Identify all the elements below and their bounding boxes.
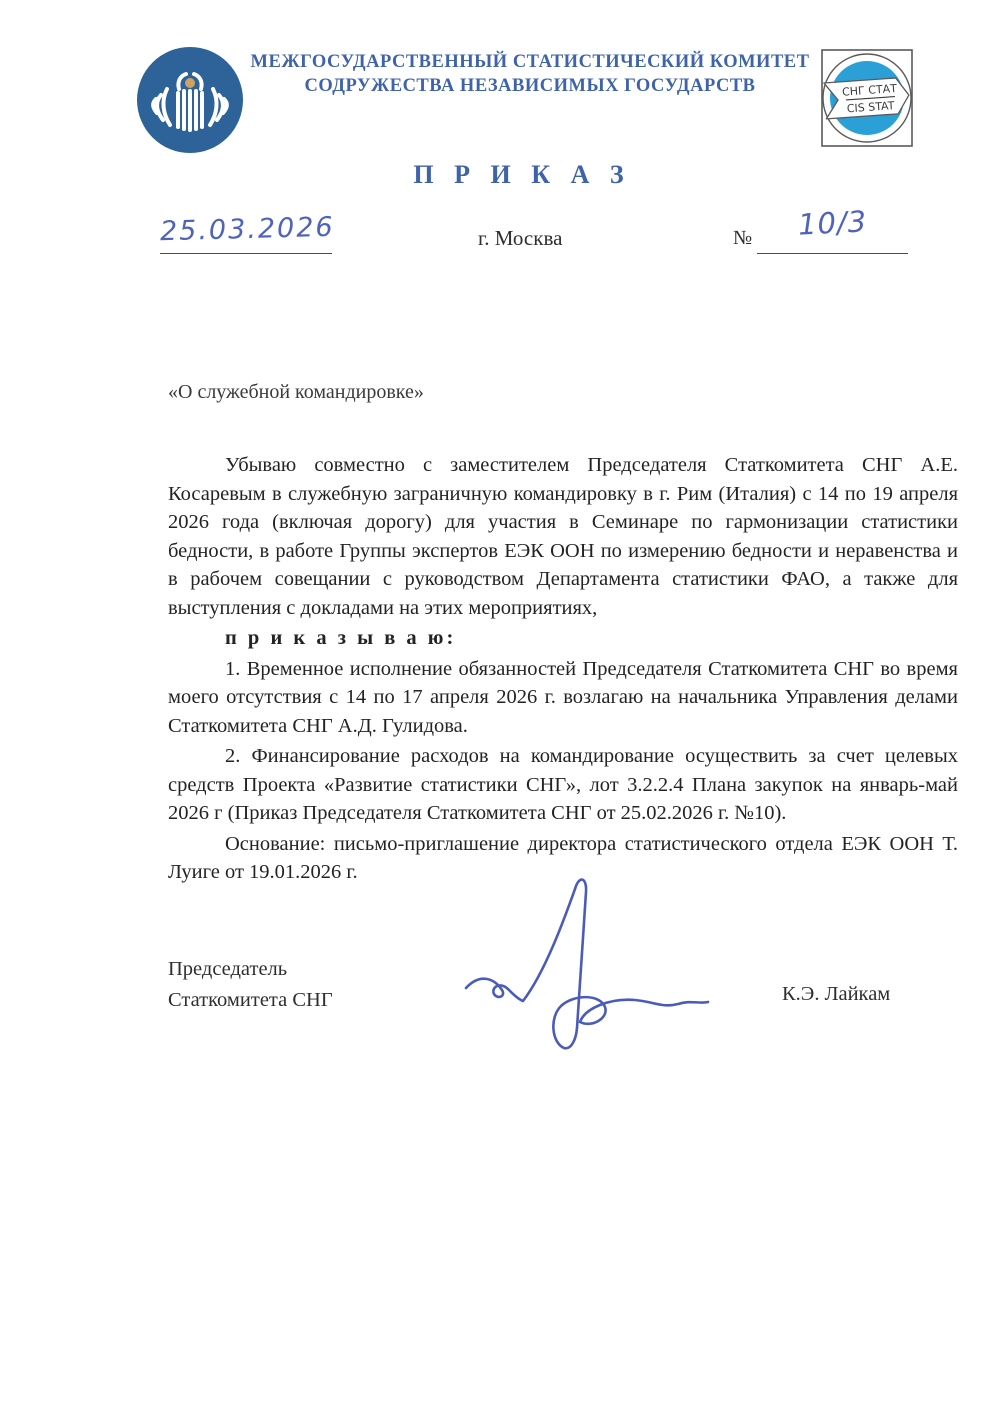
date-field: 25.03.2026 (160, 214, 332, 254)
order-document-page: МЕЖГОСУДАРСТВЕННЫЙ СТАТИСТИЧЕСКИЙ КОМИТЕ… (0, 0, 1000, 1415)
number-sign: № (733, 227, 752, 250)
signer-position: Председатель Статкомитета СНГ (168, 954, 333, 1016)
signature-icon (430, 868, 720, 1068)
subject-line: «О служебной командировке» (168, 381, 424, 404)
org-name: МЕЖГОСУДАРСТВЕННЫЙ СТАТИСТИЧЕСКИЙ КОМИТЕ… (250, 50, 810, 98)
org-name-line1: МЕЖГОСУДАРСТВЕННЫЙ СТАТИСТИЧЕСКИЙ КОМИТЕ… (250, 50, 810, 74)
cis-emblem-icon (137, 47, 243, 153)
handwritten-date: 25.03.2026 (160, 212, 335, 248)
city-label: г. Москва (478, 226, 562, 251)
order-item-2: 2. Финансирование расходов на командиров… (168, 742, 958, 828)
org-name-line2: СОДРУЖЕСТВА НЕЗАВИСИМЫХ ГОСУДАРСТВ (250, 74, 810, 98)
signer-position-line2: Статкомитета СНГ (168, 985, 333, 1016)
cis-stat-logo-icon: СНГ СТАТ CIS STAT (821, 49, 913, 147)
document-title: П Р И К А З (0, 160, 1000, 190)
signer-position-line1: Председатель (168, 954, 333, 985)
order-word: п р и к а з ы в а ю: (168, 624, 958, 653)
handwritten-number: 10/3 (797, 204, 868, 242)
order-item-1: 1. Временное исполнение обязанностей Пре… (168, 655, 958, 741)
intro-paragraph: Убываю совместно с заместителем Председа… (168, 451, 958, 622)
emblem-sun-dot (185, 78, 195, 88)
order-body: Убываю совместно с заместителем Председа… (168, 451, 958, 889)
signer-name: К.Э. Лайкам (782, 983, 890, 1006)
number-field: 10/3 (757, 206, 908, 254)
